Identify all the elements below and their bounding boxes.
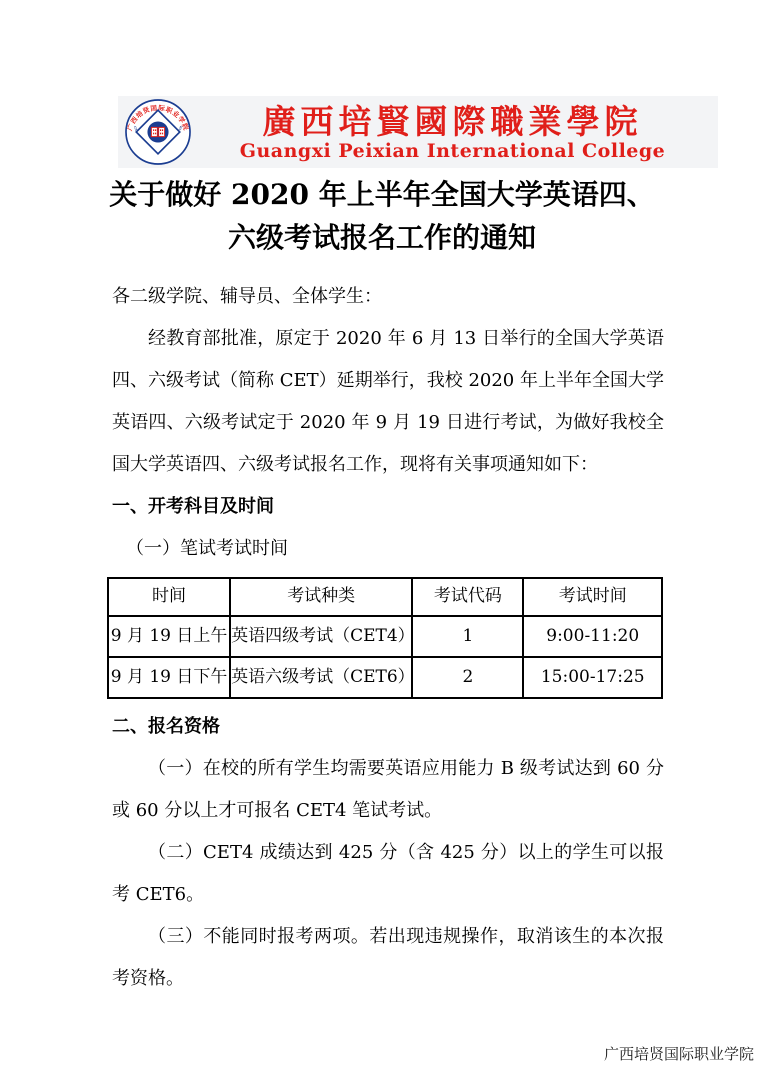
cell-exam-code: 1 [412, 616, 523, 657]
table-row-cet6: 9 月 19 日下午 英语六级考试（CET6） 2 15:00-17:25 [108, 657, 662, 698]
college-name-block: 廣西培賢國際職業學院 Guangxi Peixian International… [191, 103, 718, 162]
title-line-1: 关于做好 2020 年上半年全国大学英语四、 [0, 173, 764, 216]
exam-schedule-table: 时间 考试种类 考试代码 考试时间 9 月 19 日上午 英语四级考试（CET4… [107, 577, 663, 699]
eligibility-item-3: （三）不能同时报考两项。若出现违规操作，取消该生的本次报考资格。 [112, 916, 664, 1000]
salutation: 各二级学院、辅导员、全体学生： [112, 276, 664, 318]
col-header-exam-code: 考试代码 [412, 578, 523, 616]
cell-date: 9 月 19 日上午 [108, 616, 230, 657]
eligibility-item-1: （一）在校的所有学生均需要英语应用能力 B 级考试达到 60 分或 60 分以上… [112, 748, 664, 832]
intro-paragraph: 经教育部批准，原定于 2020 年 6 月 13 日举行的全国大学英语四、六级考… [112, 318, 664, 486]
notice-title: 关于做好 2020 年上半年全国大学英语四、 六级考试报名工作的通知 [0, 173, 764, 259]
cell-exam-time: 15:00-17:25 [523, 657, 662, 698]
title-line-2: 六级考试报名工作的通知 [0, 216, 764, 259]
col-header-exam-time: 考试时间 [523, 578, 662, 616]
cell-date: 9 月 19 日下午 [108, 657, 230, 698]
cell-exam-type: 英语四级考试（CET4） [230, 616, 412, 657]
college-seal-icon: 广西培贤国际职业学院 GUANGXI PEIXIAN INTERNATIONAL… [125, 99, 191, 165]
notice-body: 各二级学院、辅导员、全体学生： 经教育部批准，原定于 2020 年 6 月 13… [112, 276, 664, 1000]
notice-document: 广西培贤国际职业学院 GUANGXI PEIXIAN INTERNATIONAL… [0, 0, 764, 1080]
eligibility-item-2: （二）CET4 成绩达到 425 分（含 425 分）以上的学生可以报考 CET… [112, 832, 664, 916]
section-1-subheading: （一）笔试考试时间 [112, 528, 664, 570]
college-name-zh: 廣西培賢國際職業學院 [191, 103, 714, 141]
section-2-heading: 二、报名资格 [112, 706, 664, 748]
cell-exam-code: 2 [412, 657, 523, 698]
cell-exam-type: 英语六级考试（CET6） [230, 657, 412, 698]
col-header-date: 时间 [108, 578, 230, 616]
table-header-row: 时间 考试种类 考试代码 考试时间 [108, 578, 662, 616]
section-1-heading: 一、开考科目及时间 [112, 486, 664, 528]
college-header: 广西培贤国际职业学院 GUANGXI PEIXIAN INTERNATIONAL… [118, 96, 718, 168]
col-header-exam-type: 考试种类 [230, 578, 412, 616]
footer-college-name: 广西培贤国际职业学院 [604, 1043, 754, 1064]
open-book-icon [151, 127, 165, 136]
cell-exam-time: 9:00-11:20 [523, 616, 662, 657]
college-name-en: Guangxi Peixian International College [191, 141, 714, 162]
table-row-cet4: 9 月 19 日上午 英语四级考试（CET4） 1 9:00-11:20 [108, 616, 662, 657]
